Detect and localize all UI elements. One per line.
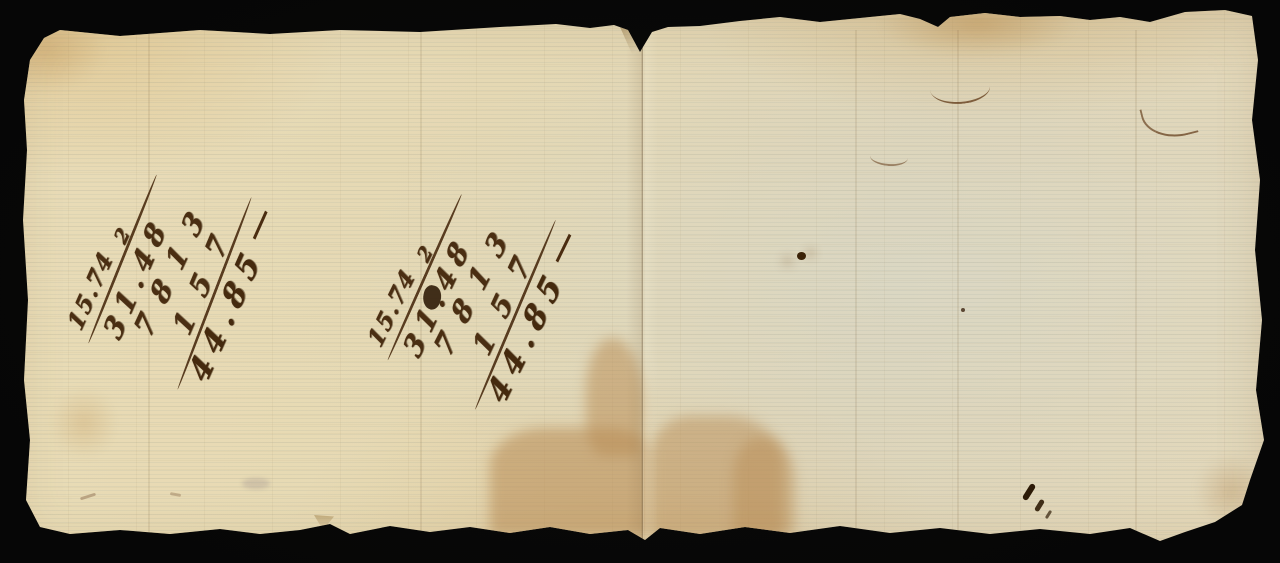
scan-background: 15.742 31.48 7 8 1 3 1 5 7 44.85 15.742 … xyxy=(0,0,1280,563)
edge-vignette xyxy=(0,0,1280,563)
paper-sheet: 15.742 31.48 7 8 1 3 1 5 7 44.85 15.742 … xyxy=(0,0,1280,563)
